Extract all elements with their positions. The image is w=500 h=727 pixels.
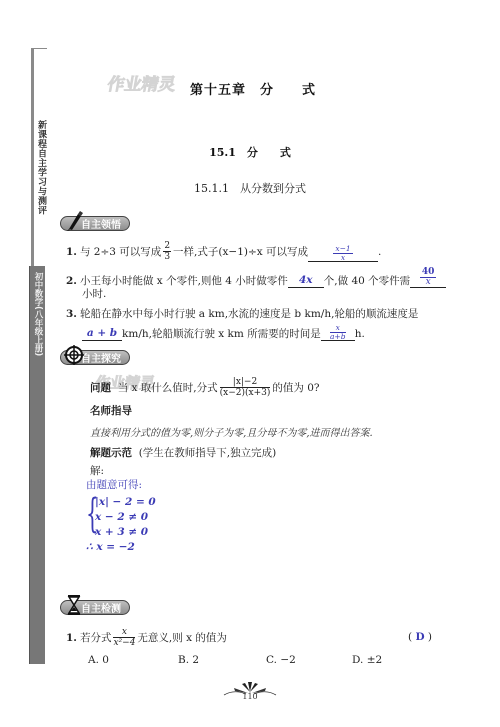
demo-label: 解题示范 [90, 447, 132, 459]
equation-2: x − 2 ≠ 0 [95, 510, 156, 525]
subsection-title: 15.1.1 从分数到分式 [0, 180, 500, 196]
sidebar-rule-cap [31, 48, 47, 49]
question-text: 一样,式子(x−1)÷x 可以写成 [173, 246, 308, 258]
brace-icon: { [86, 495, 91, 540]
denominator: x²−4 [113, 638, 135, 648]
fraction: 23 [163, 242, 171, 262]
question-text: km/h,轮船顺流行驶 x km 所需要的时间是 [122, 328, 321, 340]
choice-b[interactable]: B. 2 [178, 654, 266, 666]
hourglass-icon [64, 594, 84, 616]
question-2-continuation: 小时. [82, 287, 106, 301]
answer-blank[interactable]: a + b [82, 326, 122, 341]
problem-text: 当 x 取什么值时,分式 [118, 382, 218, 394]
question-text: 个,做 40 个零件需 [324, 275, 410, 287]
equation-system: { |x| − 2 = 0 x − 2 ≠ 0 x + 3 ≠ 0 [86, 495, 156, 540]
answer-fraction: 40x [420, 268, 437, 287]
answer-blank[interactable]: xa+b [321, 324, 355, 341]
solution-intro: 由题意可得: [86, 478, 156, 492]
numerator: x [113, 628, 135, 638]
demo-note: (学生在教师指导下,独立完成) [139, 447, 277, 459]
sidebar-grade-label: 初中数学(八年级上册) [31, 272, 43, 356]
question-text: 无意义,则 x 的值为 [137, 632, 226, 644]
solution-label: 解: [90, 464, 104, 478]
answer-value: 4x [299, 274, 313, 286]
fraction: |x|−2(x−2)(x+3) [220, 378, 271, 398]
paren-close: ) [428, 631, 432, 643]
equation-3: x + 3 ≠ 0 [95, 525, 156, 540]
section-header-self-understanding: 自主领悟 [60, 214, 130, 233]
question-text: h. [355, 328, 365, 340]
paren-open: ( [408, 631, 412, 643]
check-answer-slot[interactable]: ( D ) [408, 630, 432, 644]
guide-label: 名师指导 [90, 404, 132, 418]
choice-d[interactable]: D. ±2 [352, 654, 382, 666]
solution-result: ∴ x = −2 [86, 540, 156, 554]
question-number: 2. [66, 275, 77, 287]
section-header-self-check: 自主检测 [60, 598, 130, 617]
section-label: 自主检测 [81, 600, 121, 615]
question-3: 3.轮船在静水中每小时行驶 a km,水流的速度是 b km/h,轮船的顺流速度… [66, 307, 418, 321]
section-header-self-exploration: 自主探究 [60, 348, 130, 367]
target-icon [64, 344, 84, 366]
question-text: 与 2÷3 可以写成 [80, 246, 161, 258]
question-number: 1. [66, 246, 77, 258]
watermark: 作业精灵 [106, 70, 178, 95]
question-1: 1.与 2÷3 可以写成23一样,式子(x−1)÷x 可以写成x−1x. [66, 242, 381, 262]
choice-a[interactable]: A. 0 [88, 654, 178, 666]
answer-value: a + b [87, 327, 117, 339]
check-question-1: 1.若分式xx²−4无意义,则 x 的值为 [66, 628, 227, 648]
exploration-problem: 问题 当 x 取什么值时,分式|x|−2(x−2)(x+3)的值为 0? [90, 378, 320, 398]
choice-list: A. 0 B. 2 C. −2 D. ±2 [88, 654, 418, 666]
question-2: 2.小王每小时能做 x 个零件,则他 4 小时做零件4x个,做 40 个零件需4… [66, 268, 446, 288]
section-label: 自主领悟 [81, 216, 121, 231]
page-number: 110 [0, 692, 500, 701]
sidebar-series-title: 新课程自主学习与测评 [34, 120, 46, 215]
denominator: x [333, 254, 352, 262]
section-title: 15.1 分 式 [0, 144, 500, 160]
fraction: xx²−4 [113, 628, 135, 648]
question-text: 若分式 [80, 632, 112, 644]
problem-label: 问题 [90, 382, 111, 394]
question-text: . [378, 246, 381, 258]
problem-text: 的值为 0? [272, 382, 319, 394]
denominator: 3 [163, 252, 171, 262]
demo-row: 解题示范 (学生在教师指导下,独立完成) [90, 446, 276, 460]
denominator: x [420, 278, 437, 287]
chapter-title: 第十五章 分 式 [190, 79, 316, 98]
answer-fraction: x−1x [333, 245, 352, 261]
equation-1: |x| − 2 = 0 [95, 495, 156, 510]
guide-text: 直接利用分式的值为零,则分子为零,且分母不为零,进而得出答案. [90, 427, 373, 441]
question-text: 小王每小时能做 x 个零件,则他 4 小时做零件 [80, 275, 288, 287]
denominator: a+b [330, 333, 346, 341]
answer-blank[interactable]: x−1x [308, 245, 378, 262]
solution-block: 由题意可得: { |x| − 2 = 0 x − 2 ≠ 0 x + 3 ≠ 0… [86, 478, 156, 554]
question-3-continuation: a + bkm/h,轮船顺流行驶 x km 所需要的时间是xa+bh. [82, 324, 365, 341]
answer-blank[interactable]: 4x [288, 273, 324, 288]
numerator: |x|−2 [220, 378, 271, 388]
denominator: (x−2)(x+3) [220, 388, 271, 398]
question-number: 3. [66, 308, 77, 320]
check-answer: D [415, 631, 424, 643]
section-label: 自主探究 [81, 350, 121, 365]
pen-icon [64, 210, 84, 232]
choice-c[interactable]: C. −2 [266, 654, 352, 666]
numerator: 2 [163, 242, 171, 252]
answer-blank[interactable]: 40x [410, 268, 446, 288]
question-number: 1. [66, 632, 77, 644]
answer-fraction: xa+b [330, 324, 346, 340]
question-text: 轮船在静水中每小时行驶 a km,水流的速度是 b km/h,轮船的顺流速度是 [80, 308, 418, 320]
